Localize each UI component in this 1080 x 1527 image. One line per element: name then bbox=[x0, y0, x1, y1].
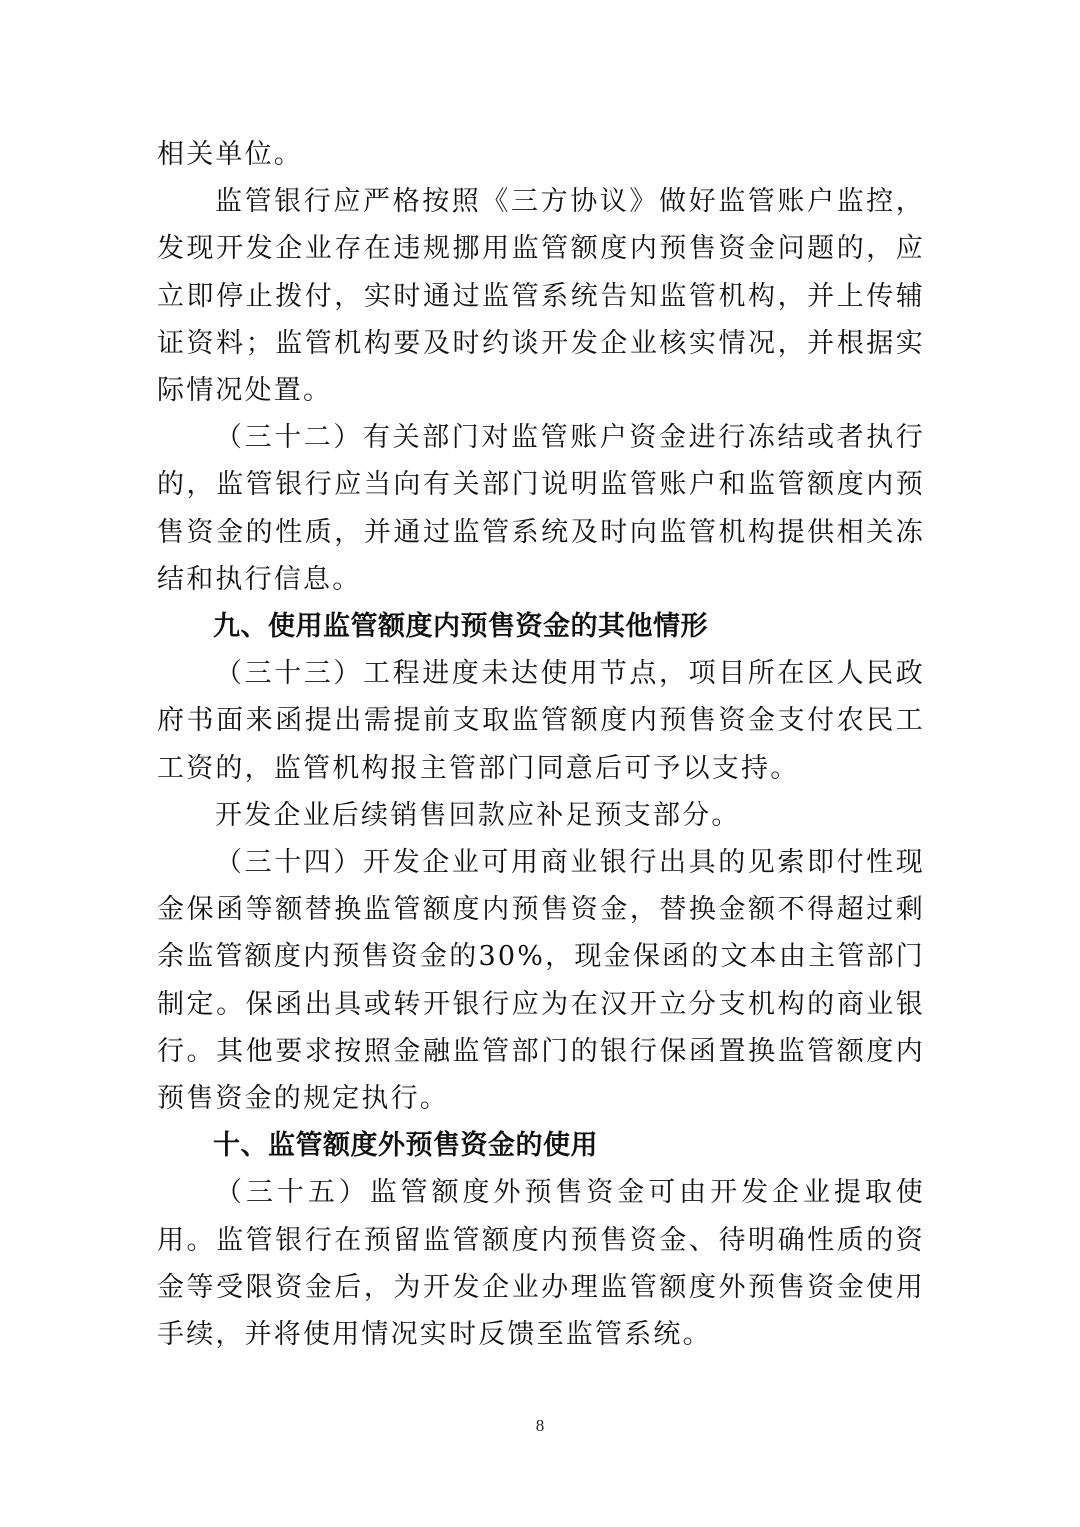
paragraph-repayment: 开发企业后续销售回款应补足预支部分。 bbox=[157, 792, 925, 839]
page-number: 8 bbox=[0, 1416, 1080, 1436]
paragraph-continuation: 相关单位。 bbox=[157, 131, 925, 178]
paragraph-article-35: （三十五）监管额度外预售资金可由开发企业提取使用。监管银行在预留监管额度内预售资… bbox=[157, 1169, 925, 1358]
document-page: 相关单位。 监管银行应严格按照《三方协议》做好监管账户监控，发现开发企业存在违规… bbox=[157, 131, 925, 1358]
paragraph-bank-monitoring: 监管银行应严格按照《三方协议》做好监管账户监控，发现开发企业存在违规挪用监管额度… bbox=[157, 178, 925, 414]
paragraph-article-32: （三十二）有关部门对监管账户资金进行冻结或者执行的，监管银行应当向有关部门说明监… bbox=[157, 414, 925, 603]
section-heading-9: 九、使用监管额度内预售资金的其他情形 bbox=[157, 603, 925, 650]
section-heading-10: 十、监管额度外预售资金的使用 bbox=[157, 1122, 925, 1169]
paragraph-article-34: （三十四）开发企业可用商业银行出具的见索即付性现金保函等额替换监管额度内预售资金… bbox=[157, 839, 925, 1122]
paragraph-article-33: （三十三）工程进度未达使用节点，项目所在区人民政府书面来函提出需提前支取监管额度… bbox=[157, 650, 925, 792]
